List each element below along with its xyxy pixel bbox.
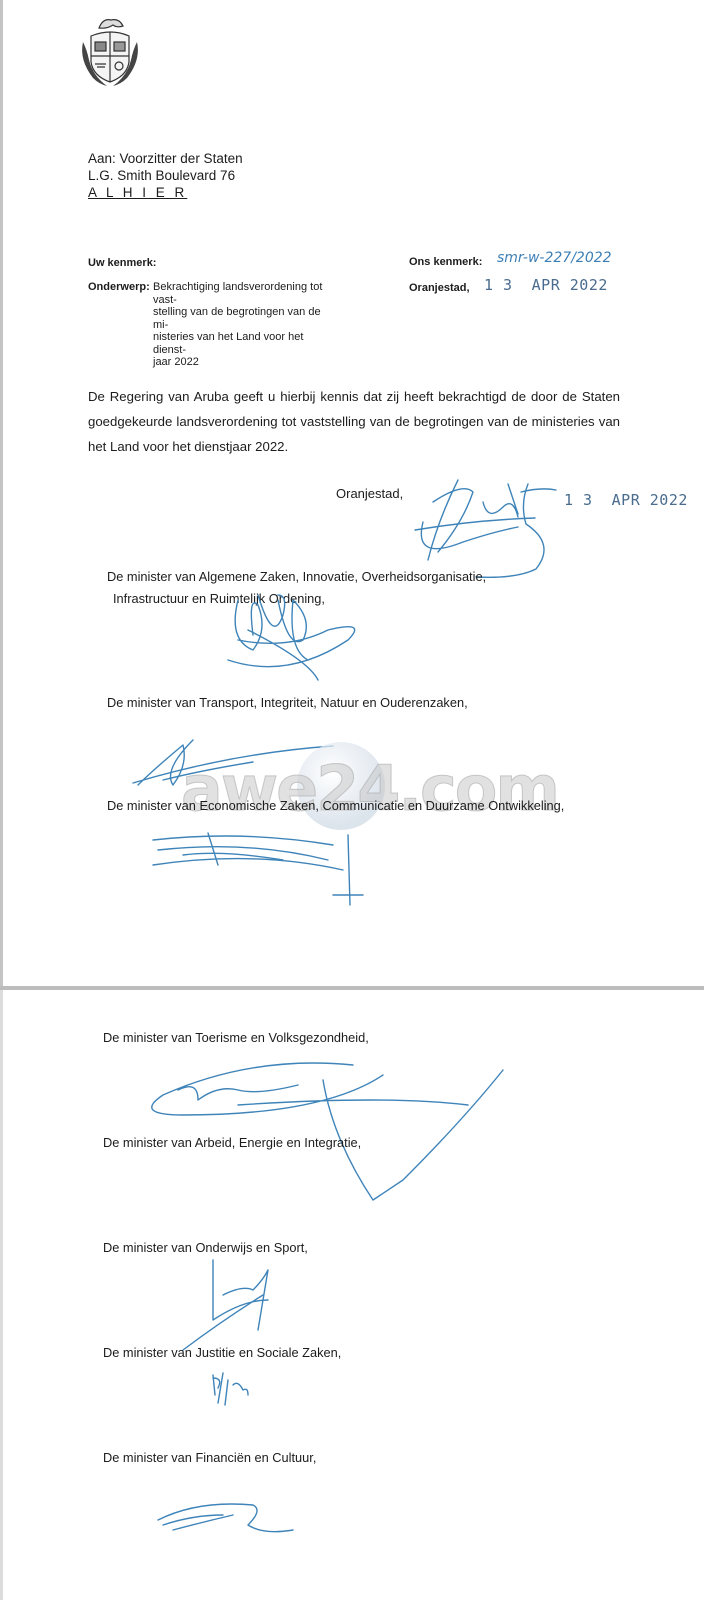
- recipient-street: L.G. Smith Boulevard 76: [88, 167, 243, 184]
- closing-date-stamp: 1 3 APR 2022: [564, 491, 688, 509]
- recipient-city: A L H I E R: [88, 184, 243, 201]
- onderwerp-line: stelling van de begrotingen van de mi-: [153, 306, 338, 331]
- onderwerp-label: Onderwerp:: [88, 281, 150, 293]
- uw-kenmerk-label: Uw kenmerk:: [88, 257, 156, 269]
- minister-title: De minister van Transport, Integriteit, …: [107, 695, 468, 710]
- minister-title: De minister van Economische Zaken, Commu…: [107, 798, 564, 813]
- oranjestad-label: Oranjestad,: [409, 282, 470, 294]
- minister-title: De minister van Justitie en Sociale Zake…: [103, 1345, 341, 1360]
- minister-title: De minister van Algemene Zaken, Innovati…: [107, 569, 486, 584]
- signature-minister-justitie: [208, 1370, 258, 1410]
- ons-kenmerk-value: smr-w-227/2022: [497, 250, 612, 266]
- recipient-name: Aan: Voorzitter der Staten: [88, 150, 243, 167]
- signature-minister-az: [218, 590, 368, 685]
- minister-title: De minister van Financiën en Cultuur,: [103, 1450, 316, 1465]
- body-paragraph: De Regering van Aruba geeft u hierbij ke…: [88, 384, 620, 459]
- document-page-1: Aan: Voorzitter der Staten L.G. Smith Bo…: [0, 0, 704, 987]
- signature-minister-ez: [148, 825, 368, 910]
- signature-minister-financien: [153, 1495, 303, 1535]
- minister-title: De minister van Toerisme en Volksgezondh…: [103, 1030, 369, 1045]
- onderwerp-text: Bekrachtiging landsverordening tot vast-…: [153, 281, 338, 369]
- minister-title: De minister van Onderwijs en Sport,: [103, 1240, 308, 1255]
- signature-minister-onderwijs: [173, 1255, 293, 1355]
- onderwerp-line: jaar 2022: [153, 356, 338, 369]
- onderwerp-line: nisteries van het Land voor het dienst-: [153, 331, 338, 356]
- coat-of-arms-icon: [77, 12, 143, 92]
- minister-title: De minister van Arbeid, Energie en Integ…: [103, 1135, 361, 1150]
- date-stamp: 1 3 APR 2022: [484, 276, 608, 294]
- onderwerp-line: Bekrachtiging landsverordening tot vast-: [153, 281, 338, 306]
- closing-place: Oranjestad,: [336, 486, 403, 501]
- recipient-address: Aan: Voorzitter der Staten L.G. Smith Bo…: [88, 150, 243, 201]
- ons-kenmerk-label: Ons kenmerk:: [409, 256, 482, 268]
- watermark: awe24.com: [181, 752, 558, 825]
- document-page-2: De minister van Toerisme en Volksgezondh…: [0, 990, 704, 1600]
- signature-prime-minister: [403, 472, 563, 582]
